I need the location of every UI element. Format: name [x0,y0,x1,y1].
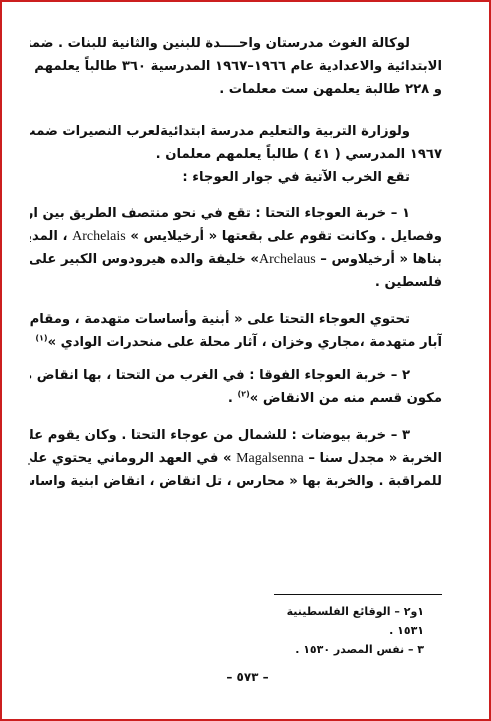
text-line: بناها « أرخيلاوس – Archelaus» خليفة والد… [30,248,442,271]
text-line: ٣ – خربة بيوضات : للشمال من عوجاء التحتا… [30,424,442,447]
latin-term: Archelaus [259,252,316,267]
paragraph-unrwa-schools: لوكالة الغوث مدرستان واحــــدة للبنين وا… [30,32,442,101]
text-line: الابتدائية والاعدادية عام ١٩٦٦–١٩٦٧ المد… [30,55,442,78]
footnotes: ١و٢ – الوقائع الفلسطينية ١٥٣١ . ٣ – نفس … [262,602,424,659]
text-segment: آبار متهدمة ،مجاري وخزان ، آثار محلة على… [48,335,442,350]
text-line: الخربة « مجدل سنا – Magalsenna » في العه… [30,447,442,470]
latin-term: Magalsenna [236,451,304,466]
text-segment: وفصايل . وكانت تقوم على بقعتها « أرخيلاي… [126,229,442,244]
footnote-1-2: ١و٢ – الوقائع الفلسطينية ١٥٣١ . [262,602,424,640]
footnote-3: ٣ – نفس المصدر ١٥٣٠ . [262,640,424,659]
text-line: تقع الخرب الآتية في جوار العوجاء : [30,166,442,189]
text-line: آبار متهدمة ،مجاري وخزان ، آثار محلة على… [30,331,442,354]
latin-term: Archelais [72,229,126,244]
text-line: تحتوي العوجاء التحتا على « أبنية وأساسات… [30,308,442,331]
text-line: لوكالة الغوث مدرستان واحــــدة للبنين وا… [30,32,442,55]
page-number: – ٥٧٣ – [2,670,491,684]
paragraph-khirbet-upper-auja: ٢ – خربة العوجاء الفوقا : في الغرب من ال… [30,364,442,410]
text-line: ١٩٦٧ المدرسي ( ٤١ ) طالباً يعلمهم معلمان… [30,143,442,166]
text-line: ١ – خربة العوجاء التحتا : تقع في نحو منت… [30,202,442,225]
text-segment: مكون قسم منه من الانقاض » [250,391,442,406]
text-line: للمراقبة . والخربة بها « محارس ، تل انقا… [30,470,442,493]
paragraph-khirbet-lower-auja: ١ – خربة العوجاء التحتا : تقع في نحو منت… [30,202,442,294]
text-line: ولوزارة التربية والتعليم مدرسة ابتدائيةل… [30,120,442,143]
paragraph-ministry-school: ولوزارة التربية والتعليم مدرسة ابتدائيةل… [30,120,442,189]
footnote-divider [274,594,442,595]
text-line: ٢ – خربة العوجاء الفوقا : في الغرب من ال… [30,364,442,387]
text-segment: ، المدينــة التي [30,229,72,244]
footnote-ref[interactable]: (١) [35,334,47,343]
text-segment: » في العهد الروماني يحتوي على ابراج [30,451,236,466]
text-line: فلسطين . [30,271,442,294]
text-line: مكون قسم منه من الانقاض »(٢) . [30,387,442,410]
text-segment: للمراقبة . والخربة بها « محارس ، تل انقا… [30,474,442,489]
text-segment: الخربة « مجدل سنا – [304,451,442,466]
scan-speck [28,463,30,465]
text-segment: . [228,391,238,406]
text-segment: » خليفة والده هيرودوس الكبير على جنوبي [30,252,259,267]
paragraph-khirbet-bayudat: ٣ – خربة بيوضات : للشمال من عوجاء التحتا… [30,424,442,493]
footnote-ref[interactable]: (٢) [238,390,250,399]
book-page: لوكالة الغوث مدرستان واحــــدة للبنين وا… [0,0,491,721]
paragraph-lower-auja-contents: تحتوي العوجاء التحتا على « أبنية وأساسات… [30,308,442,354]
text-line: وفصايل . وكانت تقوم على بقعتها « أرخيلاي… [30,225,442,248]
text-segment: بناها « أرخيلاوس – [316,252,442,267]
text-line: و ٢٢٨ طالبة يعلمهن ست معلمات . [30,78,442,101]
